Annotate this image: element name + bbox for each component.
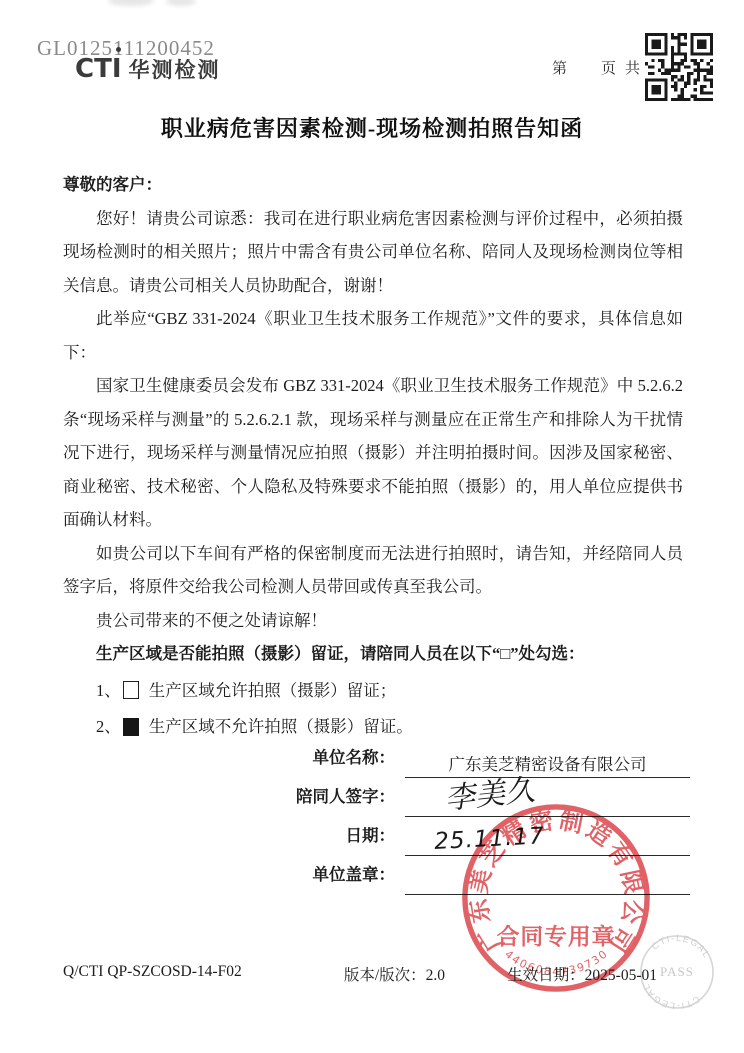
svg-text:CTI-LEGAL: CTI-LEGAL [650, 933, 713, 960]
paragraph-regulation-detail: 国家卫生健康委员会发布 GBZ 331-2024《职业卫生技术服务工作规范》中 … [63, 369, 683, 537]
document-title: 职业病危害因素检测-现场检测拍照告知函 [0, 112, 744, 143]
scan-artifact [166, 0, 196, 6]
option-1-label: 生产区域允许拍照（摄影）留证； [149, 674, 397, 708]
footer-version: 版本/版次：2.0 [282, 963, 507, 985]
option-allow-photo: 1、 生产区域允许拍照（摄影）留证； [96, 674, 683, 708]
scan-artifact [108, 0, 154, 6]
document-body: 尊敬的客户： 您好！请贵公司谅悉：我司在进行职业病危害因素检测与评价过程中，必须… [63, 168, 683, 744]
date-label: 日期： [280, 820, 395, 856]
checkbox-allow-unchecked [123, 681, 139, 699]
page-label-di: 第 [552, 57, 567, 78]
option-deny-photo: 2、 生产区域不允许拍照（摄影）留证。 [96, 710, 683, 744]
company-seal-label: 单位盖章： [280, 859, 395, 895]
footer-doc-number: Q/CTI QP-SZCOSD-14-F02 [63, 963, 242, 985]
footer-effective-label: 生效日期： [507, 967, 585, 984]
checkbox-deny-checked [123, 718, 139, 736]
page-label-gong: 共 [625, 57, 640, 78]
paragraph-standard-ref: 此举应“GBZ 331-2024《职业卫生技术服务工作规范》”文件的要求，具体信… [63, 302, 683, 369]
option-1-number: 1、 [96, 674, 121, 708]
seal-center-text: 合同专用章 [497, 924, 616, 950]
logo-i-dot [116, 47, 121, 52]
option-2-label: 生产区域不允许拍照（摄影）留证。 [149, 710, 413, 744]
svg-text:CTI-LEGAL: CTI-LEGAL [640, 981, 701, 1011]
cti-logo: CTI 华测检测 [75, 54, 221, 84]
cti-logo-text: CTI [75, 54, 122, 84]
accompanist-signature-label: 陪同人签字： [280, 781, 395, 817]
checkbox-instruction: 生产区域是否能拍照（摄影）留证，请陪同人员在以下“□”处勾选： [63, 637, 683, 671]
paragraph-apology: 贵公司带来的不便之处请谅解！ [63, 604, 683, 638]
paragraph-intro: 您好！请贵公司谅悉：我司在进行职业病危害因素检测与评价过程中，必须拍摄现场检测时… [63, 202, 683, 303]
option-2-number: 2、 [96, 710, 121, 744]
legal-stamp-ring-bottom: CTI-LEGAL [640, 981, 701, 1011]
qr-code [645, 33, 713, 101]
company-name-label: 单位名称： [280, 742, 395, 778]
legal-stamp-ring-top: CTI-LEGAL [650, 933, 713, 960]
cti-logo-chinese: 华测检测 [129, 54, 221, 84]
document-footer: Q/CTI QP-SZCOSD-14-F02 版本/版次：2.0 生效日期：20… [63, 963, 685, 985]
salutation: 尊敬的客户： [63, 168, 683, 202]
page-number-labels: 第页共 [552, 57, 640, 78]
footer-version-label: 版本/版次： [344, 967, 426, 984]
paragraph-confidentiality: 如贵公司以下车间有严格的保密制度而无法进行拍照时，请告知，并经陪同人员签字后，将… [63, 537, 683, 604]
footer-effective-date: 生效日期：2025-05-01 [507, 963, 657, 985]
footer-version-value: 2.0 [426, 967, 445, 984]
footer-effective-value: 2025-05-01 [585, 967, 657, 984]
page-label-ye: 页 [601, 57, 616, 78]
scanned-document-page: GL0125111200452 CTI 华测检测 第页共 职业病危害因素检测-现… [0, 0, 744, 1053]
